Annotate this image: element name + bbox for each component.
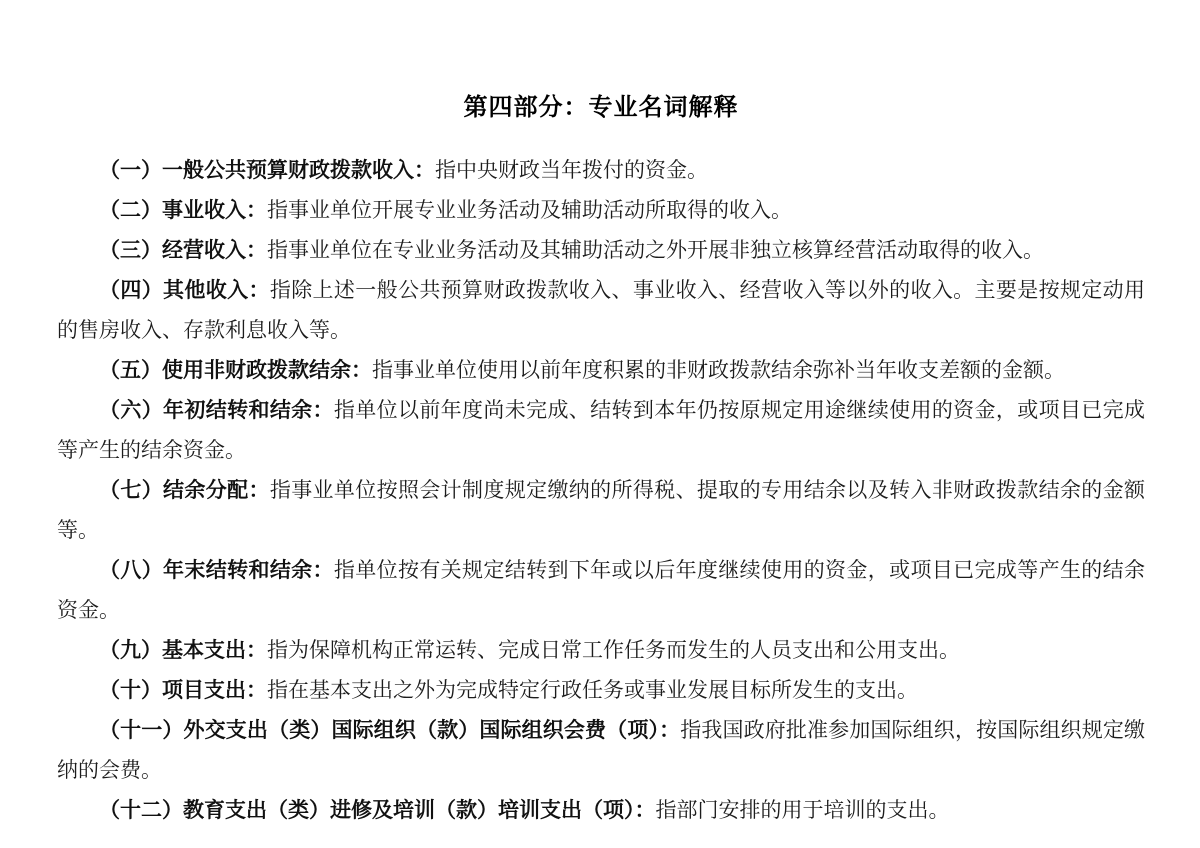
term-paragraph: （十）项目支出：指在基本支出之外为完成特定行政任务或事业发展目标所发生的支出。 [57, 670, 1145, 710]
document-page: 第四部分：专业名词解释 （一）一般公共预算财政拨款收入：指中央财政当年拨付的资金… [0, 0, 1200, 848]
term-definition: 指事业单位在专业业务活动及其辅助活动之外开展非独立核算经营活动取得的收入。 [267, 238, 1044, 262]
term-paragraph: （五）使用非财政拨款结余：指事业单位使用以前年度积累的非财政拨款结余弥补当年收支… [57, 350, 1145, 390]
term-paragraph: （十二）教育支出（类）进修及培训（款）培训支出（项）：指部门安排的用于培训的支出… [57, 790, 1145, 830]
term-definition: 指为保障机构正常运转、完成日常工作任务而发生的人员支出和公用支出。 [267, 638, 960, 662]
term-label: （八）年末结转和结余： [99, 558, 334, 582]
term-paragraph: （三）经营收入：指事业单位在专业业务活动及其辅助活动之外开展非独立核算经营活动取… [57, 230, 1145, 270]
term-paragraph: （四）其他收入：指除上述一般公共预算财政拨款收入、事业收入、经营收入等以外的收入… [57, 270, 1145, 350]
term-label: （九）基本支出： [99, 638, 267, 662]
term-label: （三）经营收入： [99, 238, 267, 262]
term-definition: 指事业单位开展专业业务活动及辅助活动所取得的收入。 [267, 198, 792, 222]
term-label: （七）结余分配： [99, 478, 270, 502]
terms-list: （一）一般公共预算财政拨款收入：指中央财政当年拨付的资金。 （二）事业收入：指事… [57, 150, 1145, 830]
term-paragraph: （一）一般公共预算财政拨款收入：指中央财政当年拨付的资金。 [57, 150, 1145, 190]
term-label: （十一）外交支出（类）国际组织（款）国际组织会费（项）： [99, 718, 680, 742]
term-paragraph: （七）结余分配：指事业单位按照会计制度规定缴纳的所得税、提取的专用结余以及转入非… [57, 470, 1145, 550]
term-paragraph: （八）年末结转和结余：指单位按有关规定结转到下年或以后年度继续使用的资金，或项目… [57, 550, 1145, 630]
term-paragraph: （九）基本支出：指为保障机构正常运转、完成日常工作任务而发生的人员支出和公用支出… [57, 630, 1145, 670]
term-paragraph: （六）年初结转和结余：指单位以前年度尚未完成、结转到本年仍按原规定用途继续使用的… [57, 390, 1145, 470]
term-definition: 指事业单位使用以前年度积累的非财政拨款结余弥补当年收支差额的金额。 [372, 358, 1065, 382]
term-label: （二）事业收入： [99, 198, 267, 222]
term-definition: 指在基本支出之外为完成特定行政任务或事业发展目标所发生的支出。 [267, 678, 918, 702]
term-label: （四）其他收入： [99, 278, 270, 302]
term-label: （十）项目支出： [99, 678, 267, 702]
term-label: （六）年初结转和结余： [99, 398, 334, 422]
term-paragraph: （二）事业收入：指事业单位开展专业业务活动及辅助活动所取得的收入。 [57, 190, 1145, 230]
term-label: （五）使用非财政拨款结余： [99, 358, 372, 382]
term-definition: 指部门安排的用于培训的支出。 [656, 798, 950, 822]
term-definition: 指中央财政当年拨付的资金。 [435, 158, 708, 182]
term-label: （一）一般公共预算财政拨款收入： [99, 158, 435, 182]
term-label: （十二）教育支出（类）进修及培训（款）培训支出（项）： [99, 798, 656, 822]
term-paragraph: （十一）外交支出（类）国际组织（款）国际组织会费（项）：指我国政府批准参加国际组… [57, 710, 1145, 790]
page-title: 第四部分：专业名词解释 [57, 92, 1145, 124]
